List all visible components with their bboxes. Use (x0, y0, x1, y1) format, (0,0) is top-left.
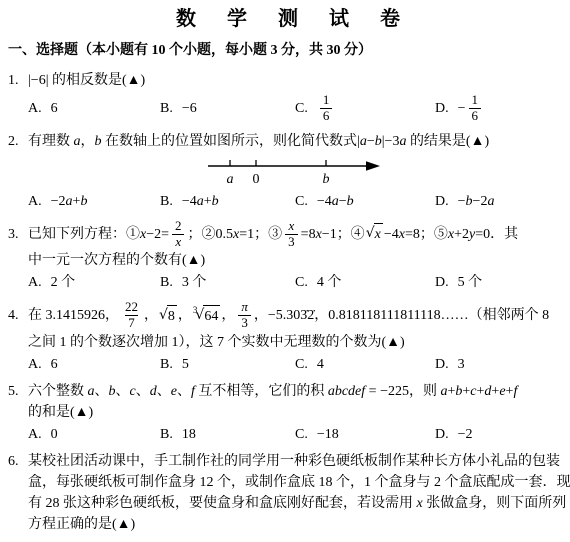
options-row: A.−2a+bB.−4a+bC.−4a−bD.−b−2a (28, 191, 568, 212)
stem-text: − (458, 98, 466, 119)
option-label: A. (28, 98, 42, 119)
option-value: −2 (458, 424, 473, 445)
option-value: −6 (182, 98, 197, 119)
options-row: A.0B.18C.−18D.−2 (28, 424, 568, 445)
math-expression: b (95, 131, 102, 152)
fraction-numerator: 2 (172, 219, 185, 234)
stem-text: −6 (182, 98, 197, 119)
math-variable: a (74, 134, 81, 149)
question-stem-line: 在 3.1415926，227，√8，3√64，π3，−5.303̇2̇，0.8… (28, 299, 568, 332)
stem-text: ， (221, 305, 235, 326)
math-expression: −4x=8 (384, 224, 420, 245)
stem-text: 方程正确的是(▲) (28, 514, 135, 535)
option-value: −16 (458, 92, 484, 125)
question-4: 4.在 3.1415926，227，√8，3√64，π3，−5.303̇2̇，0… (8, 299, 568, 375)
math-variable: x (233, 227, 239, 242)
option-label: C. (295, 424, 308, 445)
math-variable: e (499, 384, 505, 399)
math-variable: x (316, 227, 322, 242)
question-list: 1.|−6| 的相反数是(▲)A.6B.−6C.16D.−162.有理数 a，b… (8, 70, 568, 536)
option-A: A.0 (28, 424, 160, 445)
option-C: C.−18 (295, 424, 435, 445)
options-row: A.6B.−6C.16D.−16 (28, 92, 568, 125)
math-variable: x (175, 234, 181, 249)
option-C: C.4 (295, 354, 435, 375)
stem-text: |−6| 的相反数是(▲) (28, 70, 145, 91)
fraction: x3 (285, 219, 298, 250)
option-B: B.5 (160, 354, 295, 375)
math-expression: a、b、c、d、e、f (88, 381, 195, 402)
stem-text: ，−5.303̇2̇，0.818118111811118……（相邻两个 8 (254, 305, 549, 326)
question-stem-line: 六个整数 a、b、c、d、e、f 互不相等，它们的积 abcdef = −225… (28, 381, 568, 402)
stem-text: 3 (458, 354, 465, 375)
option-label: A. (28, 354, 42, 375)
fraction-denominator: 7 (125, 315, 138, 331)
option-A: A.6 (28, 354, 160, 375)
square-root: √x (366, 223, 383, 245)
fraction-numerator: π (238, 300, 251, 315)
option-value: 2 个 (51, 272, 76, 293)
math-variable: a (332, 194, 339, 209)
stem-text: 2 个 (51, 272, 76, 293)
math-expression: x−2= (140, 224, 169, 245)
math-variable: b (212, 194, 219, 209)
stem-text: 在数轴上的位置如图所示，则化简代数式 (102, 131, 358, 152)
option-label: B. (160, 424, 173, 445)
fraction-denominator: 6 (320, 108, 333, 124)
math-variable: x (140, 227, 146, 242)
math-variable: x (399, 227, 405, 242)
question-stem-line: 已知下列方程：①x−2=2x；②0.5x=1；③x3=8x−1；④√x−4x=8… (28, 218, 568, 251)
math-variable: a (399, 134, 406, 149)
stem-text: −2 (458, 424, 473, 445)
fraction-denominator: 3 (285, 234, 298, 250)
option-label: A. (28, 191, 42, 212)
stem-text: 的和是(▲) (28, 402, 93, 423)
square-root: √8 (159, 305, 177, 327)
option-A: A.−2a+b (28, 191, 160, 212)
question-2: 2.有理数 a，b 在数轴上的位置如图所示，则化简代数式|a−b|−3a 的结果… (8, 131, 568, 212)
math-expression: =8x−1 (301, 224, 337, 245)
math-variable: b (375, 134, 382, 149)
option-A: A.6 (28, 98, 160, 119)
stem-text: ；③ (254, 224, 282, 245)
option-B: B.3 个 (160, 272, 295, 293)
stem-text: 中一元一次方程的个数有(▲) (28, 250, 205, 271)
stem-text: 5 个 (458, 272, 483, 293)
math-variable: d (484, 384, 491, 399)
math-variable: b (347, 194, 354, 209)
stem-text: 之间 1 的个数逐次增加 1），这 7 个实数中无理数的个数为(▲) (28, 332, 405, 353)
option-value: −4a−b (317, 191, 354, 212)
math-variable: f (513, 384, 517, 399)
math-variable: b (95, 134, 102, 149)
option-value: 3 个 (182, 272, 207, 293)
stem-text: 在 3.1415926， (28, 305, 119, 326)
option-label: A. (28, 424, 42, 445)
stem-text: ；② (188, 224, 216, 245)
option-value: 4 个 (317, 272, 342, 293)
math-variable: b (109, 384, 116, 399)
stem-text: 4 (317, 354, 324, 375)
option-B: B.−4a+b (160, 191, 295, 212)
stem-text: 六个整数 (28, 381, 88, 402)
math-variable: x (448, 227, 454, 242)
question-stem-line: 方程正确的是(▲) (28, 514, 568, 535)
question-number: 4. (8, 299, 19, 332)
question-3: 3.已知下列方程：①x−2=2x；②0.5x=1；③x3=8x−1；④√x−4x… (8, 218, 568, 294)
math-variable: a (197, 194, 204, 209)
fraction: 16 (320, 93, 333, 124)
question-number: 1. (8, 70, 19, 91)
option-label: C. (295, 191, 308, 212)
option-A: A.2 个 (28, 272, 160, 293)
math-variable: c (130, 384, 136, 399)
stem-text: 已知下列方程：① (28, 224, 140, 245)
radicand: x (374, 223, 383, 245)
option-value: 0 (51, 424, 58, 445)
fraction-denominator: 3 (238, 315, 251, 331)
question-number: 5. (8, 381, 19, 402)
fraction: 2x (172, 219, 185, 250)
math-variable: d (348, 384, 355, 399)
stem-text: ， (81, 131, 95, 152)
option-label: B. (160, 98, 173, 119)
option-value: 18 (182, 424, 196, 445)
option-label: C. (295, 272, 308, 293)
question-stem-line: 之间 1 的个数逐次增加 1），这 7 个实数中无理数的个数为(▲) (28, 332, 568, 353)
option-label: B. (160, 191, 173, 212)
math-expression: −b−2a (458, 191, 495, 212)
page-title: 数 学 测 试 卷 (8, 6, 568, 32)
number-line-label: a (227, 172, 234, 187)
option-D: D.−16 (435, 92, 568, 125)
option-value: 4 (317, 354, 324, 375)
math-variable: a (88, 384, 95, 399)
option-label: B. (160, 354, 173, 375)
question-stem-line: 有 28 张这种彩色硬纸板，要使盒身和盒底刚好配套，若设需用 x 张做盒身，则下… (28, 493, 568, 514)
math-expression: −2a+b (51, 191, 88, 212)
question-stem-line: 有理数 a，b 在数轴上的位置如图所示，则化简代数式|a−b|−3a 的结果是(… (28, 131, 568, 152)
fraction-denominator: 6 (469, 108, 482, 124)
math-expression: x+2y=0 (448, 224, 490, 245)
cube-root: 3√64 (193, 305, 220, 327)
math-variable: f (361, 384, 365, 399)
options-row: A.2 个B.3 个C.4 个D.5 个 (28, 272, 568, 293)
stem-text: 6 (51, 354, 58, 375)
stem-text: −18 (317, 424, 339, 445)
stem-text: ；④ (337, 224, 365, 245)
math-variable: a (440, 384, 447, 399)
stem-text: ， (178, 305, 192, 326)
fraction: 227 (122, 300, 141, 331)
stem-text: 0 (51, 424, 58, 445)
math-expression: −4a−b (317, 191, 354, 212)
stem-text: 5 (182, 354, 189, 375)
stem-text: 张做盒身，则下面所列 (423, 493, 567, 514)
options-row: A.6B.5C.4D.3 (28, 354, 568, 375)
option-D: D.−b−2a (435, 191, 568, 212)
math-variable: a (66, 194, 73, 209)
stem-text: 盒，每张硬纸板可制作盒身 12 个，或制作盒底 18 个，1 个盒身与 2 个盒… (28, 472, 570, 493)
math-variable: x (375, 227, 381, 242)
section-heading: 一、选择题（本小题有 10 个小题，每小题 3 分，共 30 分） (8, 40, 568, 62)
stem-text: 3 个 (182, 272, 207, 293)
test-paper-page: 数 学 测 试 卷 一、选择题（本小题有 10 个小题，每小题 3 分，共 30… (0, 0, 570, 542)
option-label: D. (435, 98, 449, 119)
option-label: C. (295, 354, 308, 375)
option-label: D. (435, 191, 449, 212)
option-value: −4a+b (182, 191, 219, 212)
fraction: 16 (469, 93, 482, 124)
radicand: 8 (167, 305, 177, 327)
option-label: D. (435, 272, 449, 293)
math-expression: −4a+b (182, 191, 219, 212)
question-stem-line: 中一元一次方程的个数有(▲) (28, 250, 568, 271)
root-index: 3 (193, 306, 198, 315)
option-C: C.−4a−b (295, 191, 435, 212)
stem-text: 有 28 张这种彩色硬纸板，要使盒身和盒底刚好配套，若设需用 (28, 493, 417, 514)
math-variable: e (171, 384, 177, 399)
option-value: −2a+b (51, 191, 88, 212)
math-variable: b (335, 384, 342, 399)
math-variable: a (360, 134, 367, 149)
number-line-label: b (323, 172, 330, 187)
option-label: B. (160, 272, 173, 293)
math-variable: b (455, 384, 462, 399)
option-value: −18 (317, 424, 339, 445)
math-variable: x (289, 218, 295, 233)
question-number: 2. (8, 131, 19, 152)
math-variable: c (470, 384, 476, 399)
math-expression: a (74, 131, 81, 152)
option-B: B.18 (160, 424, 295, 445)
option-C: C.16 (295, 92, 435, 125)
stem-text: 4 个 (317, 272, 342, 293)
stem-text: ．其 (490, 224, 518, 245)
math-expression: abcdef = −225 (328, 381, 409, 402)
stem-text: ， (144, 305, 158, 326)
question-number: 3. (8, 218, 19, 251)
option-label: D. (435, 424, 449, 445)
option-label: A. (28, 272, 42, 293)
math-variable: b (80, 194, 87, 209)
math-variable: π (241, 299, 248, 314)
fraction-numerator: 22 (122, 300, 141, 315)
question-stem-line: 盒，每张硬纸板可制作盒身 12 个，或制作盒底 18 个，1 个盒身与 2 个盒… (28, 472, 568, 493)
option-label: D. (435, 354, 449, 375)
radicand: 64 (203, 305, 220, 327)
question-1: 1.|−6| 的相反数是(▲)A.6B.−6C.16D.−16 (8, 70, 568, 125)
option-C: C.4 个 (295, 272, 435, 293)
stem-text: 互不相等，它们的积 (195, 381, 328, 402)
stem-text: 某校社团活动课中，手工制作社的同学用一种彩色硬纸板制作某种长方体小礼品的包装 (28, 451, 560, 472)
stem-text: 有理数 (28, 131, 74, 152)
math-expression: a+b+c+d+e+f (440, 381, 517, 402)
stem-text: ，则 (409, 381, 441, 402)
option-value: −b−2a (458, 191, 495, 212)
option-label: C. (295, 98, 308, 119)
math-expression: 0.5x=1 (216, 224, 255, 245)
fraction-denominator: x (172, 234, 184, 250)
stem-text: ；⑤ (420, 224, 448, 245)
option-value: 6 (51, 98, 58, 119)
math-variable: a (487, 194, 494, 209)
option-D: D.5 个 (435, 272, 568, 293)
option-value: 5 个 (458, 272, 483, 293)
fraction-numerator: 1 (469, 93, 482, 108)
option-value: 16 (317, 92, 336, 125)
question-stem-line: 某校社团活动课中，手工制作社的同学用一种彩色硬纸板制作某种长方体小礼品的包装 (28, 451, 568, 472)
stem-text: 18 (182, 424, 196, 445)
option-B: B.−6 (160, 98, 295, 119)
fraction-numerator: 1 (320, 93, 333, 108)
option-D: D.−2 (435, 424, 568, 445)
question-6: 6.某校社团活动课中，手工制作社的同学用一种彩色硬纸板制作某种长方体小礼品的包装… (8, 451, 568, 535)
math-variable: y (469, 227, 475, 242)
question-number: 6. (8, 451, 19, 472)
number-line-label: 0 (253, 172, 260, 187)
number-line-figure: a0b (206, 155, 384, 189)
option-value: 3 (458, 354, 465, 375)
question-5: 5.六个整数 a、b、c、d、e、f 互不相等，它们的积 abcdef = −2… (8, 381, 568, 445)
math-variable: d (150, 384, 157, 399)
stem-text: 的结果是(▲) (406, 131, 489, 152)
stem-text: 6 (51, 98, 58, 119)
option-D: D.3 (435, 354, 568, 375)
question-stem-line: |−6| 的相反数是(▲) (28, 70, 568, 91)
option-value: 5 (182, 354, 189, 375)
fraction-numerator: x (286, 219, 298, 234)
math-variable: b (466, 194, 473, 209)
math-expression: |a−b|−3a (357, 131, 406, 152)
question-stem-line: 的和是(▲) (28, 402, 568, 423)
fraction: π3 (238, 300, 251, 331)
option-value: 6 (51, 354, 58, 375)
math-variable: a (328, 384, 335, 399)
